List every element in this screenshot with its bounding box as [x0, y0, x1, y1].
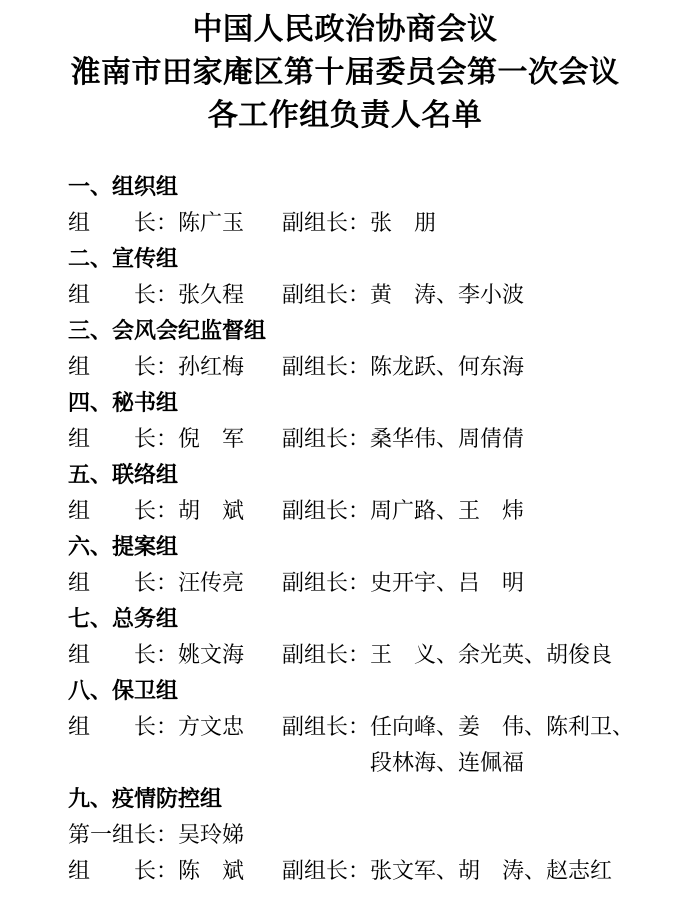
deputy-names: 王 义、余光英、胡俊良 — [370, 637, 612, 673]
leaders-row: 组 长：汪传亮 副组长：史开宇、吕 明 — [68, 565, 648, 601]
group-heading: 五、联络组 — [68, 457, 648, 493]
leader-name: 汪传亮 — [178, 570, 244, 595]
group-heading: 八、保卫组 — [68, 673, 648, 709]
document-title: 中国人民政治协商会议 淮南市田家庵区第十届委员会第一次会议 各工作组负责人名单 — [0, 0, 674, 137]
group-section-6: 六、提案组 组 长：汪传亮 副组长：史开宇、吕 明 — [68, 529, 648, 601]
leader-cell: 组 长：姚文海 — [68, 637, 282, 673]
deputy-label: 副组长： — [282, 709, 370, 745]
first-leader-label: 第一组长： — [68, 822, 178, 847]
first-leader-name: 吴玲娣 — [178, 822, 244, 847]
title-line-1: 中国人民政治协商会议 — [16, 8, 674, 51]
leaders-row: 组 长：方文忠 副组长：任向峰、姜 伟、陈利卫、 段林海、连佩福 — [68, 709, 648, 781]
leader-cell: 组 长：汪传亮 — [68, 565, 282, 601]
leaders-row: 组 长：张久程 副组长：黄 涛、李小波 — [68, 277, 648, 313]
leader-cell: 组 长：张久程 — [68, 277, 282, 313]
group-heading: 四、秘书组 — [68, 385, 648, 421]
leader-label: 组 长： — [68, 498, 178, 523]
group-section-9: 九、疫情防控组 第一组长：吴玲娣 组 长：陈 斌 副组长：张文军、胡 涛、赵志红 — [68, 781, 648, 889]
first-leader-cell: 第一组长：吴玲娣 — [68, 817, 244, 853]
group-heading: 六、提案组 — [68, 529, 648, 565]
deputy-label: 副组长： — [282, 349, 370, 385]
deputy-names: 张 朋 — [370, 205, 436, 241]
deputy-names: 黄 涛、李小波 — [370, 277, 524, 313]
leader-label: 组 长： — [68, 210, 178, 235]
group-section-3: 三、会风会纪监督组 组 长：孙红梅 副组长：陈龙跃、何东海 — [68, 313, 648, 385]
deputy-names: 史开宇、吕 明 — [370, 565, 524, 601]
groups-list: 一、组织组 组 长：陈广玉 副组长：张 朋 二、宣传组 组 长：张久程 副组长：… — [0, 169, 674, 889]
leader-name: 张久程 — [178, 282, 244, 307]
deputy-cell: 副组长：黄 涛、李小波 — [282, 277, 648, 313]
leader-cell: 组 长：倪 军 — [68, 421, 282, 457]
leader-name: 倪 军 — [178, 426, 244, 451]
leaders-row: 组 长：孙红梅 副组长：陈龙跃、何东海 — [68, 349, 648, 385]
group-section-7: 七、总务组 组 长：姚文海 副组长：王 义、余光英、胡俊良 — [68, 601, 648, 673]
leader-name: 胡 斌 — [178, 498, 244, 523]
leaders-row: 组 长：姚文海 副组长：王 义、余光英、胡俊良 — [68, 637, 648, 673]
deputy-names: 陈龙跃、何东海 — [370, 349, 524, 385]
deputy-cell: 副组长：史开宇、吕 明 — [282, 565, 648, 601]
group-heading: 一、组织组 — [68, 169, 648, 205]
leaders-row: 组 长：胡 斌 副组长：周广路、王 炜 — [68, 493, 648, 529]
deputy-label: 副组长： — [282, 493, 370, 529]
deputy-cell: 副组长：张 朋 — [282, 205, 648, 241]
leader-label: 组 长： — [68, 354, 178, 379]
title-line-3: 各工作组负责人名单 — [16, 94, 674, 137]
deputy-cell: 副组长：任向峰、姜 伟、陈利卫、 段林海、连佩福 — [282, 709, 648, 781]
leaders-row: 组 长：陈广玉 副组长：张 朋 — [68, 205, 648, 241]
deputy-names: 桑华伟、周倩倩 — [370, 421, 524, 457]
group-heading: 九、疫情防控组 — [68, 781, 648, 817]
group-heading: 三、会风会纪监督组 — [68, 313, 648, 349]
group-section-2: 二、宣传组 组 长：张久程 副组长：黄 涛、李小波 — [68, 241, 648, 313]
first-leader-row: 第一组长：吴玲娣 — [68, 817, 648, 853]
leader-cell: 组 长：陈 斌 — [68, 853, 282, 889]
group-section-5: 五、联络组 组 长：胡 斌 副组长：周广路、王 炜 — [68, 457, 648, 529]
leader-cell: 组 长：胡 斌 — [68, 493, 282, 529]
leader-name: 孙红梅 — [178, 354, 244, 379]
group-heading: 二、宣传组 — [68, 241, 648, 277]
leader-cell: 组 长：陈广玉 — [68, 205, 282, 241]
leader-name: 方文忠 — [178, 714, 244, 739]
leader-name: 陈 斌 — [178, 858, 244, 883]
leader-cell: 组 长：方文忠 — [68, 709, 282, 745]
leader-label: 组 长： — [68, 570, 178, 595]
leader-name: 陈广玉 — [178, 210, 244, 235]
deputy-label: 副组长： — [282, 565, 370, 601]
leader-label: 组 长： — [68, 714, 178, 739]
deputy-names: 周广路、王 炜 — [370, 493, 524, 529]
group-section-8: 八、保卫组 组 长：方文忠 副组长：任向峰、姜 伟、陈利卫、 段林海、连佩福 — [68, 673, 648, 781]
leaders-row: 组 长：倪 军 副组长：桑华伟、周倩倩 — [68, 421, 648, 457]
deputy-label: 副组长： — [282, 421, 370, 457]
deputy-names: 张文军、胡 涛、赵志红 — [370, 853, 612, 889]
group-section-4: 四、秘书组 组 长：倪 军 副组长：桑华伟、周倩倩 — [68, 385, 648, 457]
deputy-cell: 副组长：周广路、王 炜 — [282, 493, 648, 529]
leader-label: 组 长： — [68, 858, 178, 883]
leader-label: 组 长： — [68, 426, 178, 451]
title-line-2: 淮南市田家庵区第十届委员会第一次会议 — [16, 51, 674, 94]
deputy-cell: 副组长：陈龙跃、何东海 — [282, 349, 648, 385]
deputy-names: 任向峰、姜 伟、陈利卫、 段林海、连佩福 — [370, 709, 634, 781]
leader-label: 组 长： — [68, 282, 178, 307]
deputy-label: 副组长： — [282, 637, 370, 673]
deputy-label: 副组长： — [282, 853, 370, 889]
leader-name: 姚文海 — [178, 642, 244, 667]
leader-cell: 组 长：孙红梅 — [68, 349, 282, 385]
deputy-cell: 副组长：张文军、胡 涛、赵志红 — [282, 853, 648, 889]
leader-label: 组 长： — [68, 642, 178, 667]
document-page: 中国人民政治协商会议 淮南市田家庵区第十届委员会第一次会议 各工作组负责人名单 … — [0, 0, 674, 903]
deputy-label: 副组长： — [282, 205, 370, 241]
deputy-label: 副组长： — [282, 277, 370, 313]
leaders-row: 组 长：陈 斌 副组长：张文军、胡 涛、赵志红 — [68, 853, 648, 889]
deputy-cell: 副组长：桑华伟、周倩倩 — [282, 421, 648, 457]
deputy-cell: 副组长：王 义、余光英、胡俊良 — [282, 637, 648, 673]
group-heading: 七、总务组 — [68, 601, 648, 637]
group-section-1: 一、组织组 组 长：陈广玉 副组长：张 朋 — [68, 169, 648, 241]
